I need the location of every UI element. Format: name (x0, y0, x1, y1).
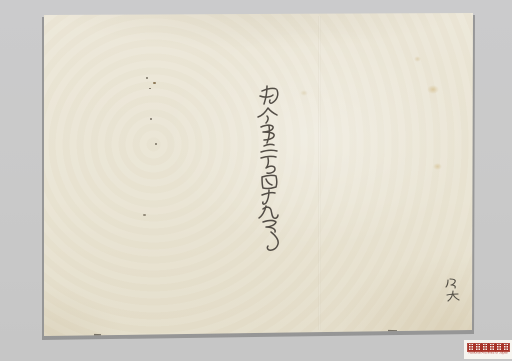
paper-speck (153, 82, 156, 84)
paper-crease (318, 16, 321, 330)
kanji-glyph (496, 344, 502, 351)
kanji-glyph (482, 344, 488, 351)
kanji-glyph (475, 344, 481, 351)
annotation-strokes (445, 277, 461, 305)
paper-stain (427, 85, 439, 94)
scanner-background: 勅令第二百四十九号 (0, 0, 512, 361)
archives-watermark: 国立公文書館 National Archives of Japan (464, 340, 512, 359)
calligraphy-strokes (246, 82, 306, 252)
paper-speck (143, 214, 146, 216)
kanji-glyph (503, 344, 509, 351)
paper-speck (146, 77, 148, 79)
paper-speck (155, 143, 157, 145)
handwritten-annotation: 仮大 (445, 277, 461, 305)
watermark-subtitle: National Archives of Japan (468, 352, 508, 354)
kanji-glyph (468, 344, 474, 351)
paper-speck (150, 118, 152, 120)
paper-stain (414, 56, 421, 62)
kanji-glyph (489, 344, 495, 351)
watermark-kanji-row (468, 344, 509, 351)
paper-stain (433, 163, 442, 170)
paper-speck (149, 88, 151, 89)
calligraphy-text: 勅令第二百四十九号 (246, 82, 306, 252)
